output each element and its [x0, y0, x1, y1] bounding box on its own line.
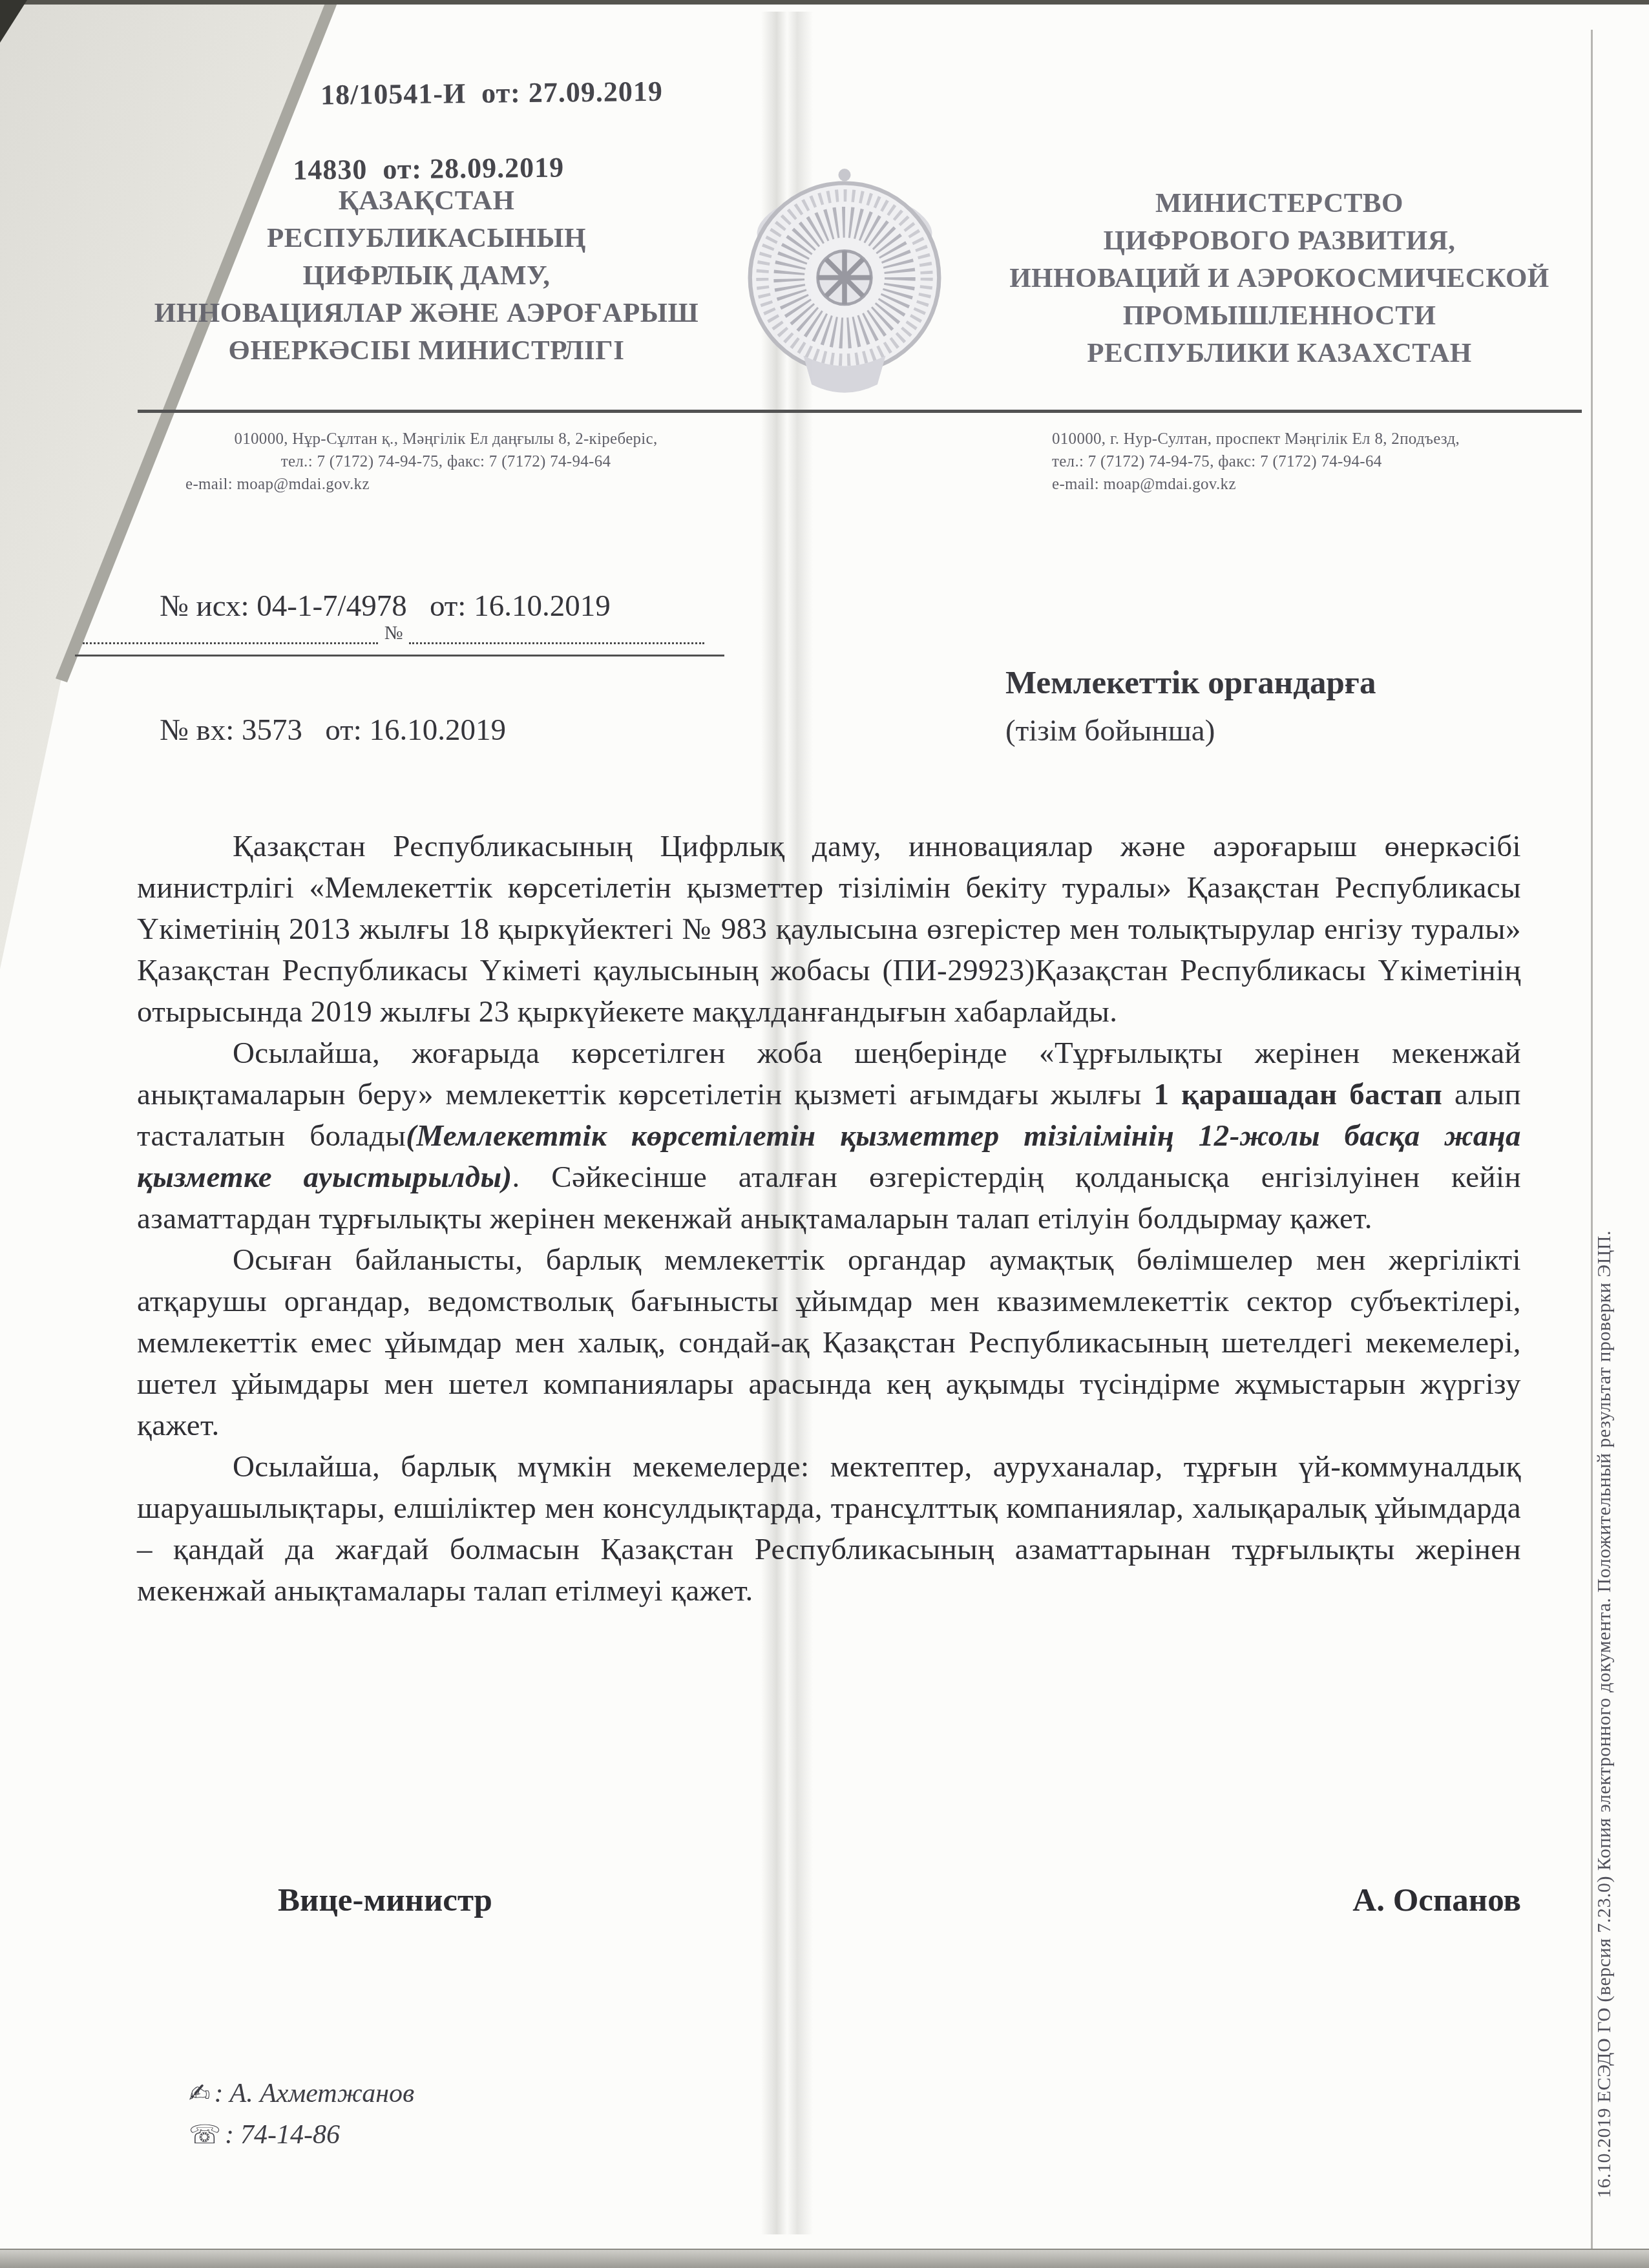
- digital-signature-note: 16.10.2019 ЕСЭДО ГО (версия 7.23.0) Копи…: [1593, 815, 1623, 2198]
- ministry-kk-line: ӨНЕРКӘСІБІ МИНИСТРЛІГІ: [132, 332, 720, 370]
- scanned-letter-page: 18/10541-И от: 27.09.2019 14830 от: 28.0…: [0, 0, 1649, 2268]
- addressee-note: (тізім бойынша): [1005, 707, 1600, 755]
- ministry-address-kk: 010000, Нұр-Сұлтан қ., Мәңгілік Ел даңғы…: [165, 428, 727, 496]
- signature-row: Вице-министр А. Оспанов: [137, 1882, 1521, 1919]
- body-paragraph-4: Осылайша, барлық мүмкін мекемелерде: мек…: [137, 1446, 1521, 1612]
- writer-icon: ✍: [189, 2079, 211, 2108]
- incoming-number: № вх: 3573 от: 16.10.2019: [160, 709, 611, 751]
- ministry-ru-line: ИННОВАЦИЙ И АЭРОКОСМИЧЕСКОЙ: [972, 260, 1586, 297]
- ministry-kk-line: ҚАЗАҚСТАН: [132, 182, 720, 220]
- executor-phone-line: ☏:74-14-86: [189, 2114, 414, 2156]
- ministry-kk-line: ИННОВАЦИЯЛАР ЖӘНЕ АЭРОҒАРЫШ: [132, 295, 720, 332]
- reference-numbers: № исх: 04-1-7/4978 от: 16.10.2019 № вх: …: [160, 503, 611, 834]
- addressee-block: Мемлекеттік органдарға (тізім бойынша): [1005, 659, 1600, 755]
- signature-title: Вице-министр: [278, 1882, 492, 1919]
- address-ru-email: e-mail: moap@mdai.gov.kz: [1052, 473, 1595, 496]
- executor-colon: :: [215, 2079, 224, 2108]
- ministry-kk-line: РЕСПУБЛИКАСЫНЫҢ: [132, 220, 720, 257]
- ministry-kk-line: ЦИФРЛЫҚ ДАМУ,: [132, 257, 720, 295]
- executor-name: А. Ахметжанов: [230, 2079, 415, 2108]
- ministry-ru-line: ЦИФРОВОГО РАЗВИТИЯ,: [972, 222, 1586, 260]
- ministry-name-kk: ҚАЗАҚСТАН РЕСПУБЛИКАСЫНЫҢ ЦИФРЛЫҚ ДАМУ, …: [132, 182, 720, 370]
- ministry-ru-line: ПРОМЫШЛЕННОСТИ: [972, 297, 1586, 335]
- addressee-title: Мемлекеттік органдарға: [1005, 659, 1600, 707]
- number-sign: №: [378, 622, 410, 644]
- body-paragraph-1: Қазақстан Республикасының Цифрлық даму, …: [137, 826, 1521, 1033]
- number-blank-line: №: [83, 618, 704, 644]
- letter-body: Қазақстан Республикасының Цифрлық даму, …: [137, 826, 1521, 1612]
- executor-phone: 74-14-86: [240, 2120, 340, 2150]
- ministry-ru-line: РЕСПУБЛИКИ КАЗАХСТАН: [972, 335, 1586, 372]
- dotted-leader-right: [409, 618, 704, 644]
- ministry-name-ru: МИНИСТЕРСТВО ЦИФРОВОГО РАЗВИТИЯ, ИННОВАЦ…: [972, 185, 1586, 372]
- stamp-line-1: 18/10541-И от: 27.09.2019: [320, 76, 663, 111]
- address-ru-line: 010000, г. Нур-Султан, проспект Мәңгілік…: [1052, 428, 1595, 450]
- address-ru-line: тел.: 7 (7172) 74-94-75, факс: 7 (7172) …: [1052, 450, 1595, 473]
- dotted-leader-left: [83, 618, 378, 644]
- signature-name: А. Оспанов: [1352, 1882, 1521, 1919]
- body-paragraph-2: Осылайша, жоғарыда көрсетілген жоба шеңб…: [137, 1033, 1521, 1239]
- executor-name-line: ✍:А. Ахметжанов: [189, 2073, 414, 2114]
- ministry-ru-line: МИНИСТЕРСТВО: [972, 185, 1586, 222]
- address-kk-line: тел.: 7 (7172) 74-94-75, факс: 7 (7172) …: [165, 450, 727, 473]
- phone-icon: ☏: [189, 2120, 221, 2150]
- address-kk-line: 010000, Нұр-Сұлтан қ., Мәңгілік Ел даңғы…: [165, 428, 727, 450]
- address-kk-email: e-mail: moap@mdai.gov.kz: [165, 473, 727, 496]
- executor-block: ✍:А. Ахметжанов ☏:74-14-86: [189, 2073, 414, 2156]
- kazakhstan-emblem-icon: [742, 150, 947, 414]
- p2-bold-text: 1 қарашадан бастап: [1154, 1078, 1443, 1111]
- letterhead-separator: [138, 410, 1582, 413]
- ministry-address-ru: 010000, г. Нур-Султан, проспект Мәңгілік…: [1052, 428, 1595, 496]
- executor-colon: :: [225, 2120, 234, 2150]
- body-paragraph-3: Осыған байланысты, барлық мемлекеттік ор…: [137, 1239, 1521, 1446]
- blank-underline: [75, 655, 724, 656]
